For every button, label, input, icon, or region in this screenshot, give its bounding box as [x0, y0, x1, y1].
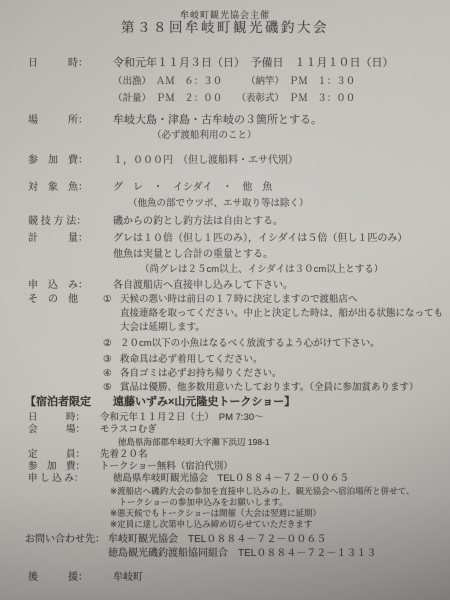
weighing-label: 計 量：: [28, 233, 88, 245]
weighing-line-1: グレは１０倍（但し１匹のみ），イシダイは５倍（但し１匹のみ）: [113, 233, 407, 245]
fish-label: 対 象 魚：: [28, 182, 88, 194]
place-label: 場 所：: [28, 115, 88, 127]
list-item-number: ③: [103, 354, 112, 366]
datetime-label: 日 時：: [28, 58, 88, 70]
place-value: 牟岐大島・津島・古牟岐の３箇所とする。: [113, 114, 322, 126]
fish-note: （他魚の部でウツボ、エサ取り等は除く）: [128, 198, 309, 210]
ts-venue-address: 徳島県海部郡牟岐町大字灘下浜辺 198-1: [118, 436, 270, 448]
list-item-number: ⑤: [103, 382, 112, 394]
talkshow-heading: 【宿泊者限定 遠藤いずみ×山元隆史トークショー】: [25, 396, 295, 408]
list-item-number: ④: [103, 368, 112, 380]
place-note: （必ず渡船利用のこと）: [152, 130, 257, 142]
ts-capacity-label: 定 員：: [28, 449, 85, 461]
fish-value: グ レ ・ イシダイ ・ 他 魚: [113, 182, 272, 194]
weighing-line-2: 他魚は実量とし合計の重量とする。: [113, 249, 273, 261]
method-label: 競 技 方 法：: [28, 216, 86, 228]
ts-note: ※定員に達し次第申し込み締め切らせていただきます: [110, 518, 312, 530]
ts-apply-label: 申 し 込 み：: [28, 473, 83, 485]
others-label: そ の 他: [28, 294, 78, 306]
list-item: ２０cm以下の小魚はなるべく放流するよう心がけて下さい。: [120, 338, 380, 350]
ts-fee-value: トークショー無料（宿泊代別）: [100, 461, 233, 473]
list-item: 大会は延期します。: [120, 322, 205, 334]
fee-value: １，０００円 （但し渡船料・エサ代別）: [113, 155, 298, 167]
list-item: 賞品は優勝、他多数用意いたしております。（全員に参加賞あります）: [120, 382, 419, 394]
list-item: 各自ゴミは必ずお持ち帰りください。: [120, 368, 282, 380]
ts-capacity-value: 先着２０名: [100, 449, 148, 461]
ts-fee-label: 参 加 費：: [28, 461, 85, 473]
datetime-times-2: （計量） ＰＭ ２：００ （表彰式） ＰＭ ３：００: [113, 93, 355, 105]
list-item: 天候の悪い時は前日の１７時に決定しますので渡船店へ: [120, 294, 358, 306]
method-value: 磯からの釣とし釣方法は自由とする。: [113, 216, 283, 228]
contact-line-1: 牟岐町観光協会 TEL０８８４－７２－００６５: [108, 534, 326, 546]
contact-line-2: 徳島観光磯釣渡船協同組合 TEL０８８４－７２－１３１３: [108, 548, 376, 560]
datetime-value: 令和元年１１月３日（日） 予備日 １１月１０日（日）: [113, 57, 394, 69]
support-value: 牟岐町: [113, 572, 143, 584]
ts-datetime-label: 日 時：: [28, 412, 85, 424]
ts-apply-value: 徳島県牟岐町観光協会 TEL０８８４－７２－００６５: [113, 473, 349, 485]
support-label: 後 援：: [28, 572, 88, 584]
weighing-line-3: （尚グレは２５cm以上、イシダイは３０cm以上とする）: [140, 264, 383, 276]
document-photo: 牟岐町観光協会主催 第３８回牟岐町観光磯釣大会 日 時： 令和元年１１月３日（日…: [0, 0, 450, 600]
contact-label: お問い合わせ先：: [25, 534, 105, 546]
fee-label: 参 加 費：: [28, 155, 88, 167]
ts-venue-label: 会 場：: [28, 424, 85, 436]
list-item: 救命具は必ず着用してください。: [120, 354, 263, 366]
ts-datetime-value: 令和元年１１月２日（土） PM 7:30～: [100, 412, 264, 424]
apply-value: 各自渡船店へ直接申し込みして下さい。: [113, 280, 293, 292]
list-item-number: ①: [103, 294, 112, 306]
list-item-number: ②: [103, 338, 112, 350]
ts-venue-value: モラスコむぎ: [100, 424, 157, 436]
page-title: 第３８回牟岐町観光磯釣大会: [0, 22, 450, 34]
list-item: 直接連絡を取ってください。中止と決定した時は、船が出る状態になっても: [120, 308, 443, 320]
datetime-times-1: （出漁） ＡＭ ６：３０ （納竿） ＰＭ １：３０: [113, 76, 355, 88]
apply-label: 申 込 み：: [28, 280, 88, 292]
